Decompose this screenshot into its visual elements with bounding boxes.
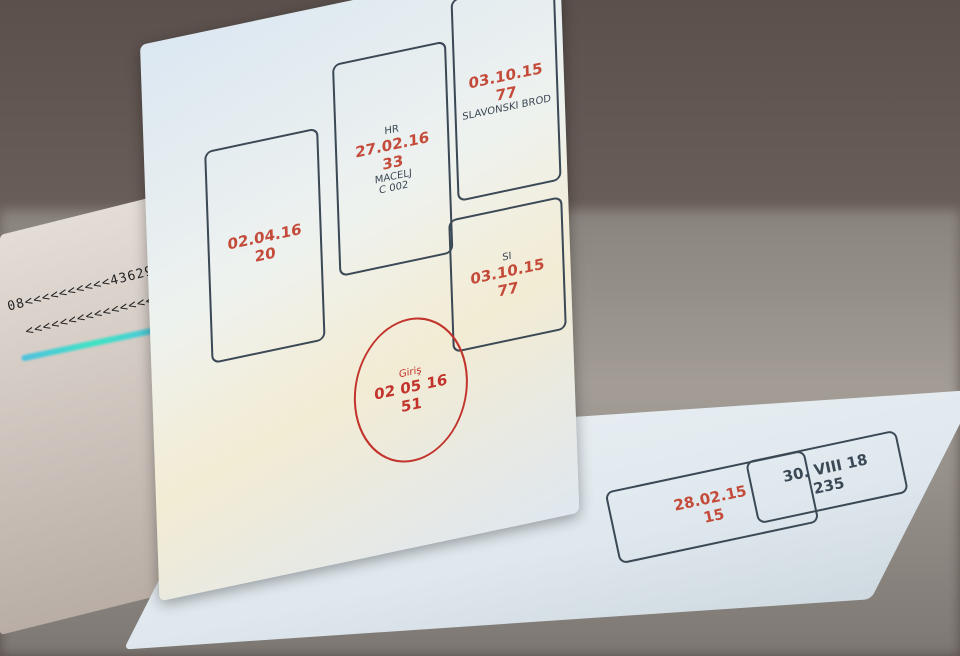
passport-left-page: HR 27.02.16 33 MACELJ C 002 03.10.15 77 … (140, 0, 579, 601)
stamp-si: SI 03.10.15 77 (448, 196, 567, 353)
stamp-entry-1: 02.04.16 20 (204, 127, 325, 364)
stamp-hr: HR 27.02.16 33 MACELJ C 002 (332, 40, 453, 277)
stamp-slavonski-brod: 03.10.15 77 SLAVONSKI BROD (451, 0, 562, 202)
